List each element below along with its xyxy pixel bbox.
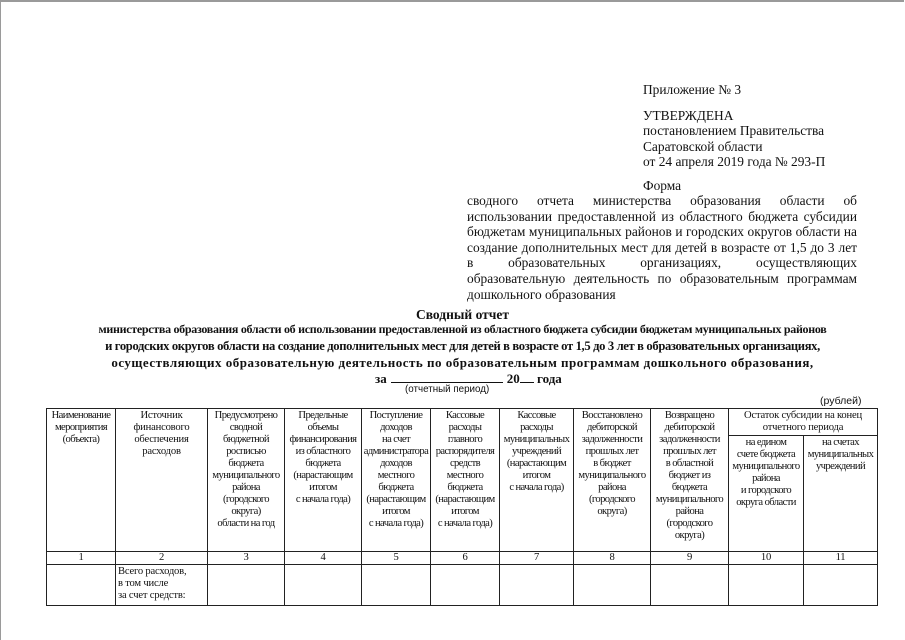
appendix-number: Приложение № 3	[643, 82, 825, 98]
table-cell[interactable]	[47, 565, 116, 606]
column-header: Источник финансового обеспечения расходо…	[116, 409, 208, 552]
table-cell[interactable]	[362, 565, 431, 606]
column-number: 1	[47, 552, 116, 565]
column-header: Поступление доходов на счет администрато…	[362, 409, 431, 552]
table-header-row: Наименование мероприятия (объекта) Источ…	[47, 409, 878, 436]
table-cell[interactable]	[651, 565, 729, 606]
column-header: Кассовые расходы муниципальных учреждени…	[500, 409, 574, 552]
approval-line: Саратовской области	[643, 139, 825, 155]
column-number: 2	[116, 552, 208, 565]
table-cell[interactable]	[285, 565, 362, 606]
form-label: Форма	[643, 178, 681, 194]
period-year-blank-field[interactable]	[520, 370, 534, 383]
units-label: (рублей)	[820, 395, 861, 407]
column-number: 9	[651, 552, 729, 565]
approval-line: постановлением Правительства	[643, 123, 825, 139]
column-number: 3	[208, 552, 285, 565]
column-number: 10	[729, 552, 804, 565]
report-table: Наименование мероприятия (объекта) Источ…	[46, 408, 878, 606]
column-header: на едином счете бюджета муниципального р…	[729, 436, 804, 552]
column-header: Предусмотрено сводной бюджетной росписью…	[208, 409, 285, 552]
period-blank-field[interactable]	[391, 370, 503, 383]
table-cell[interactable]	[574, 565, 651, 606]
column-number: 5	[362, 552, 431, 565]
column-header: Возвращено дебиторской задолженности про…	[651, 409, 729, 552]
table-cell[interactable]	[431, 565, 500, 606]
table-cell[interactable]	[729, 565, 804, 606]
form-description: сводного отчета министерства образования…	[467, 193, 857, 302]
table-cell[interactable]	[804, 565, 878, 606]
table-cell-source-label: Всего расходов, в том числе за счет сред…	[116, 565, 208, 606]
table-row: Всего расходов, в том числе за счет сред…	[47, 565, 878, 606]
column-number: 7	[500, 552, 574, 565]
approval-line: от 24 апреля 2019 года № 293-П	[643, 154, 825, 170]
table-cell[interactable]	[500, 565, 574, 606]
column-number: 11	[804, 552, 878, 565]
column-number: 4	[285, 552, 362, 565]
report-subtitle-line: и городских округов области на создание …	[10, 338, 905, 355]
column-header: Кассовые расходы главного распорядителя …	[431, 409, 500, 552]
period-year-prefix: 20	[507, 371, 520, 386]
column-header: Восстановлено дебиторской задолженности …	[574, 409, 651, 552]
column-header: Предельные объемы финансирования из обла…	[285, 409, 362, 552]
column-number-row: 1 2 3 4 5 6 7 8 9 10 11	[47, 552, 878, 565]
column-number: 8	[574, 552, 651, 565]
approval-block: Приложение № 3 УТВЕРЖДЕНА постановлением…	[643, 82, 825, 170]
period-prefix: за	[375, 371, 387, 386]
approved-heading: УТВЕРЖДЕНА	[643, 108, 825, 124]
period-caption: (отчетный период)	[405, 384, 489, 395]
column-header: на счетах муниципальных учреждений	[804, 436, 878, 552]
column-header: Наименование мероприятия (объекта)	[47, 409, 116, 552]
table-cell[interactable]	[208, 565, 285, 606]
period-suffix: года	[537, 371, 562, 386]
group-header-remaining-subsidy: Остаток субсидии на конец отчетного пери…	[729, 409, 878, 436]
report-subtitle-line: министерства образования области об испо…	[10, 321, 905, 338]
report-subtitle-line: осуществляющих образовательную деятельно…	[10, 354, 905, 371]
column-number: 6	[431, 552, 500, 565]
